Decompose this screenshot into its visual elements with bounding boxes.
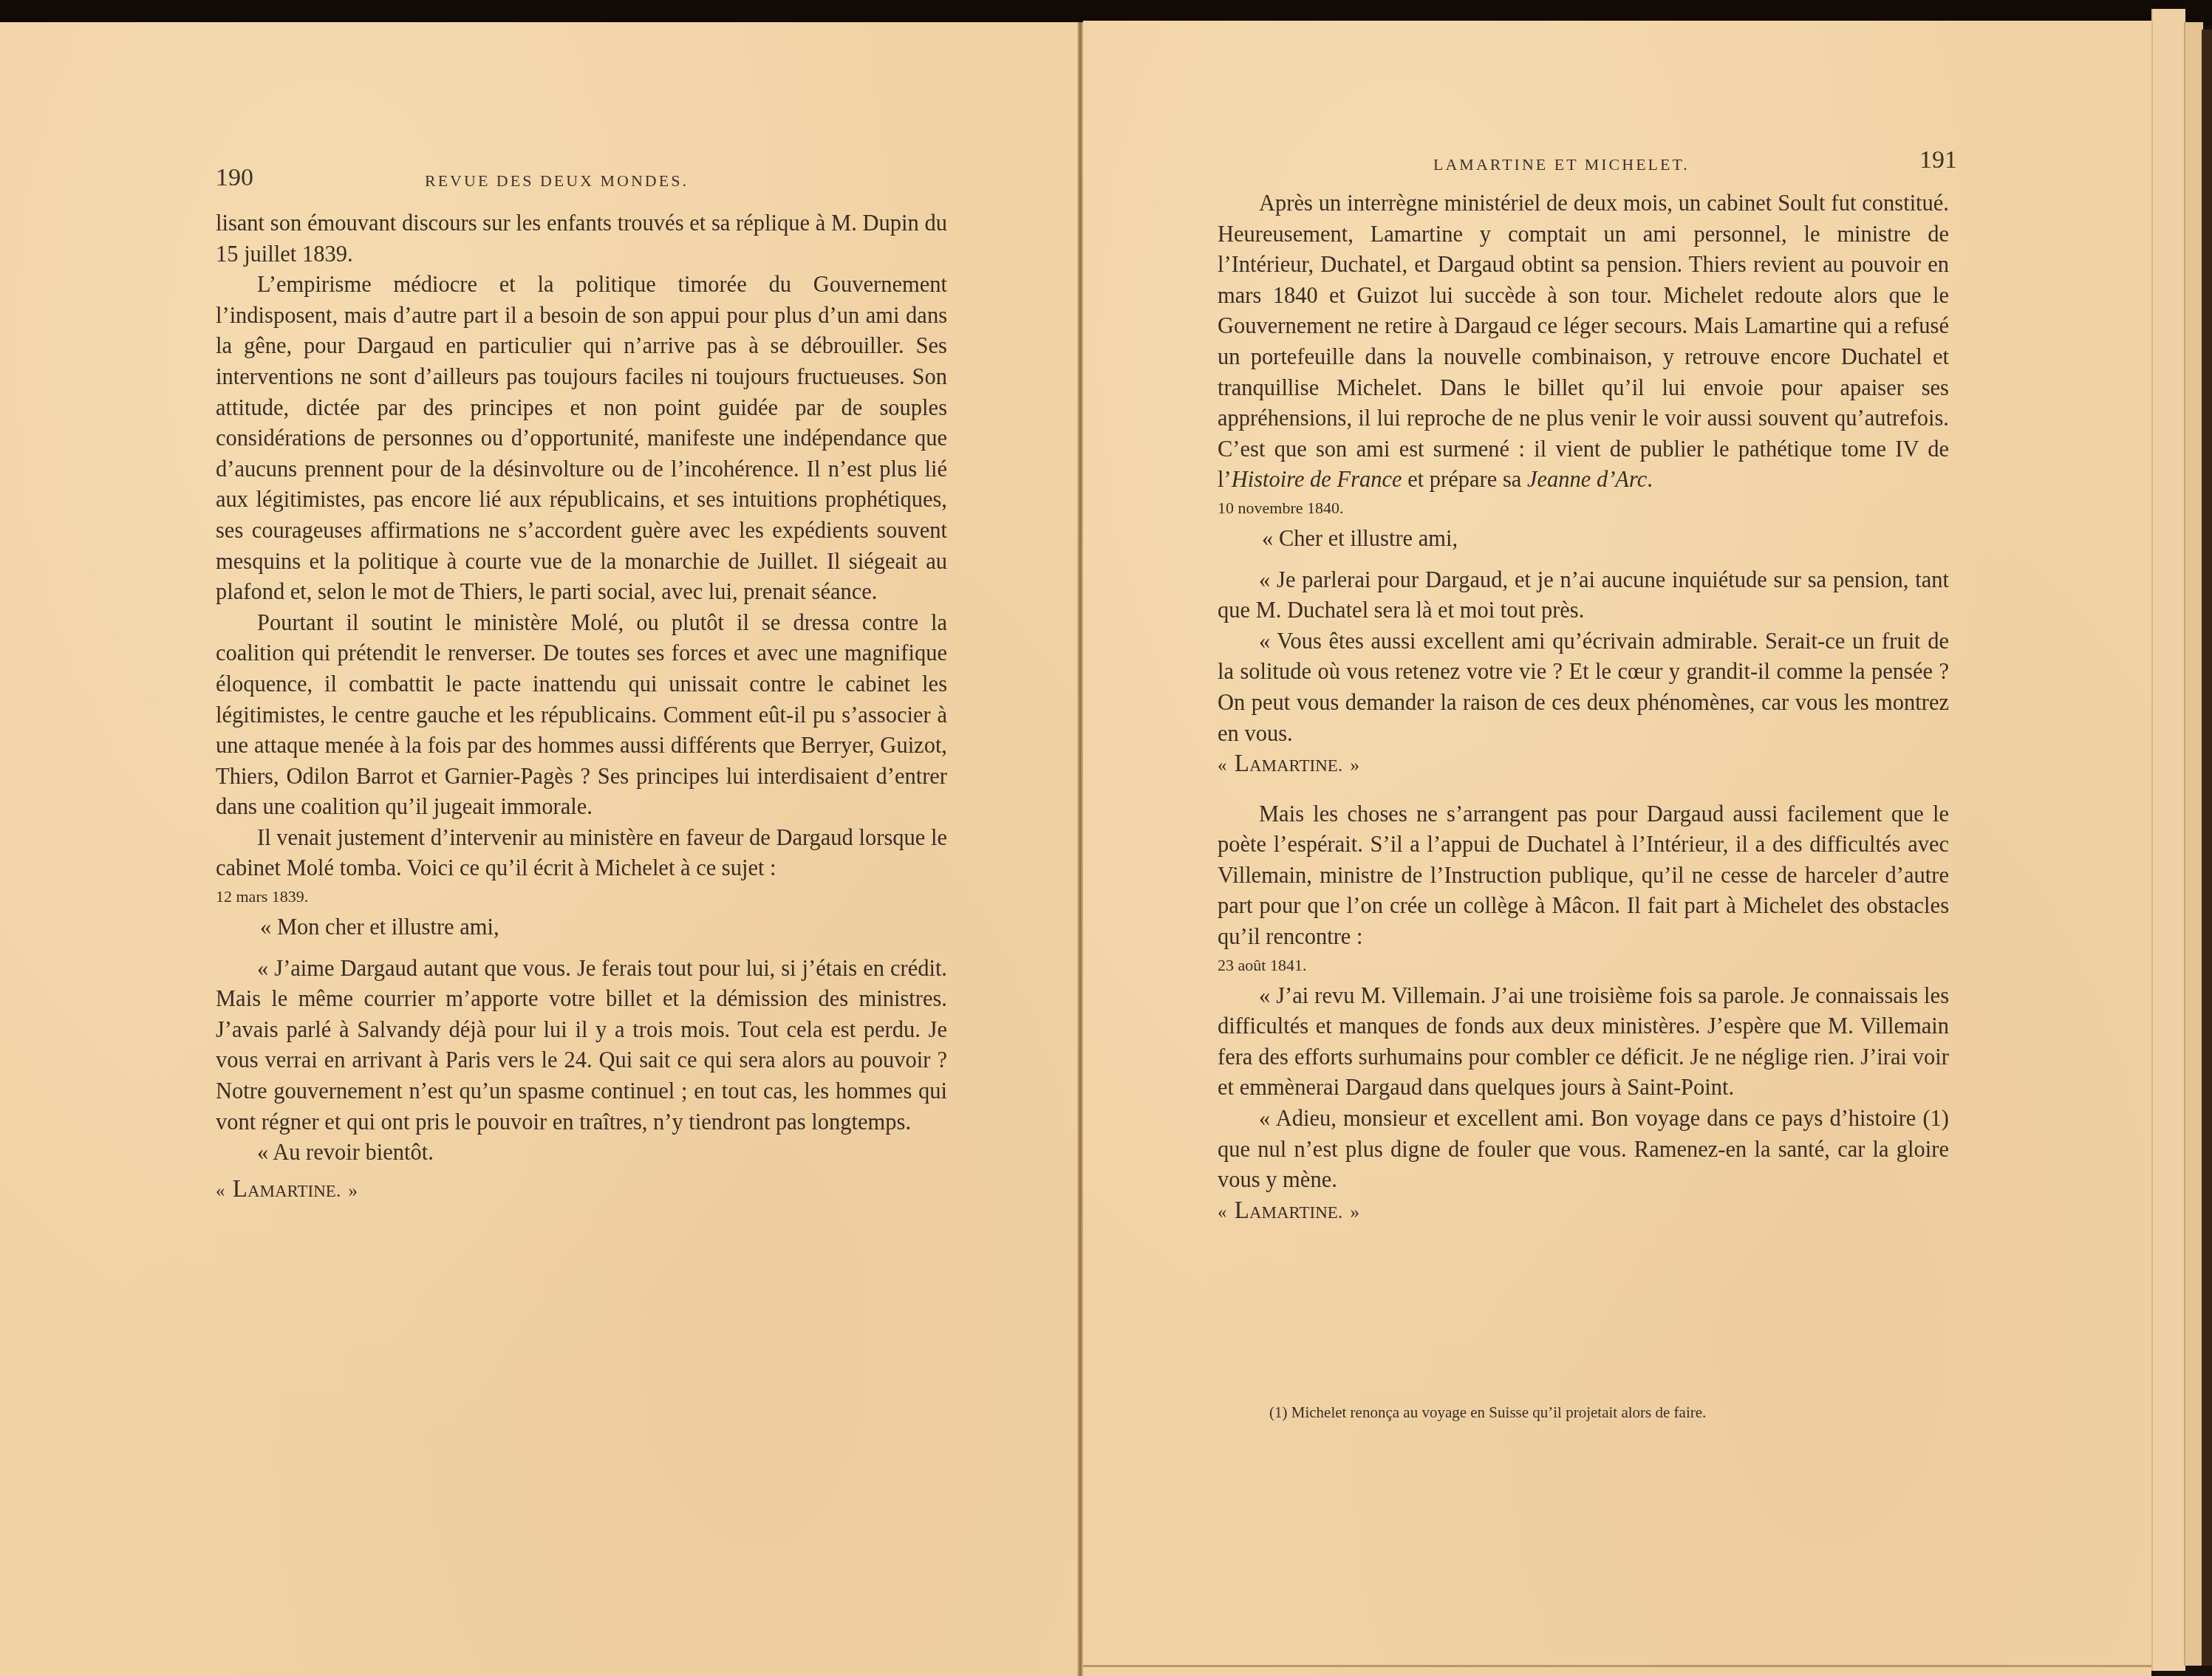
left-text-column: lisant son émouvant discours sur les enf… [216,208,947,1206]
quote-open: « [1218,756,1235,776]
letter-body: « Adieu, monsieur et excellent ami. Bon … [1218,1104,1949,1196]
letter-signature: « Lamartine. » [1218,1196,1949,1228]
page-number-left: 190 [216,164,253,192]
text-run: « Adieu, monsieur et excellent ami. Bon … [1259,1106,1922,1131]
page-edges [2151,9,2185,1671]
page-number-right: 191 [1919,146,1957,174]
signature-name: Lamartine [1235,750,1338,777]
paragraph: Mais les choses ne s’arrangent pas pour … [1218,799,1949,953]
book-title: Histoire de France [1232,467,1402,492]
paragraph: lisant son émouvant discours sur les enf… [216,208,947,270]
letter-signature: « Lamartine. » [1218,749,1949,781]
signature-name: Lamartine [1235,1197,1338,1224]
running-head-left: REVUE DES DEUX MONDES. [425,171,689,191]
text-run: et prépare sa [1402,467,1527,492]
letter-body: « J’aime Dargaud autant que vous. Je fer… [216,954,947,1138]
letter-closing: « Au revoir bientôt. [216,1138,947,1169]
book-title: Jeanne d’Arc [1527,467,1647,492]
text-run: que nul n’est plus digne de fouler que v… [1218,1137,1949,1193]
letter-body: « J’ai revu M. Villemain. J’ai une trois… [1218,981,1949,1104]
letter-body: « Vous êtes aussi excellent ami qu’écriv… [1218,626,1949,749]
letter-date: 23 août 1841. [1218,954,1949,976]
letter-salutation: « Mon cher et illustre ami, [216,912,947,943]
running-head-right: LAMARTINE ET MICHELET. [1433,155,1690,174]
quote-open: « [216,1181,233,1201]
letter-date: 10 novembre 1840. [1218,497,1949,519]
text-run: . [1647,467,1653,492]
book-cover-edge [2202,30,2212,1666]
letter-signature: « Lamartine. » [216,1174,947,1207]
right-text-column: Après un interrègne ministériel de deux … [1218,188,1949,1228]
paragraph: L’empirisme médiocre et la politique tim… [216,270,947,608]
letter-body: « Je parlerai pour Dargaud, et je n’ai a… [1218,565,1949,626]
quote-close: . » [336,1181,359,1201]
quote-close: . » [1338,756,1361,776]
page-edges-inner [2184,22,2203,1666]
signature-name: Lamartine [233,1176,336,1203]
footnote-ref[interactable]: (1) [1922,1106,1949,1131]
letter-salutation: « Cher et illustre ami, [1218,524,1949,555]
paragraph: Pourtant il soutint le ministère Molé, o… [216,608,947,823]
text-run: Après un interrègne ministériel de deux … [1218,191,1949,492]
paragraph: Il venait justement d’intervenir au mini… [216,823,947,884]
book-gutter [1077,22,1083,1676]
quote-close: . » [1338,1203,1361,1222]
letter-date: 12 mars 1839. [216,886,947,908]
footnote: (1) Michelet renonça au voyage en Suisse… [1269,1403,1706,1422]
quote-open: « [1218,1203,1235,1222]
paragraph: Après un interrègne ministériel de deux … [1218,188,1949,496]
spacer [1218,781,1949,799]
page-bottom-edge [1083,1665,2151,1667]
